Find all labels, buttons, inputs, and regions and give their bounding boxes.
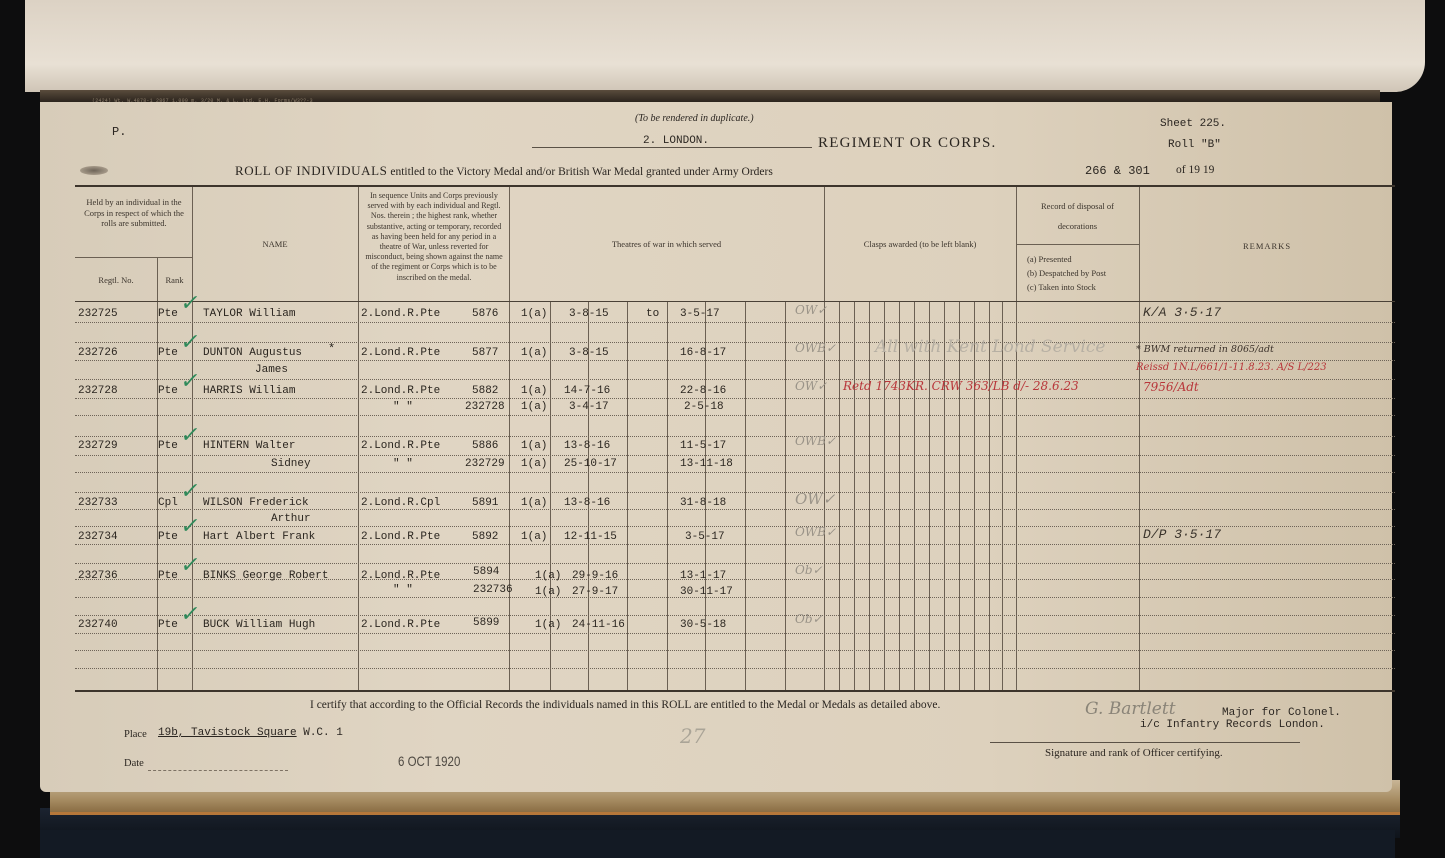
pencil-note: OW✓ bbox=[795, 379, 827, 393]
rank: Pte bbox=[158, 570, 178, 582]
regtl-no: 232729 bbox=[78, 440, 118, 452]
theatre: 1(a) bbox=[521, 308, 547, 320]
regtl-no: 232740 bbox=[78, 619, 118, 631]
unit-number: 5882 bbox=[472, 385, 498, 397]
service-from: 3-8-15 bbox=[569, 347, 609, 359]
green-check-icon: ✓ bbox=[179, 553, 202, 578]
page-mark: P. bbox=[112, 125, 126, 139]
service-to: 11-5-17 bbox=[680, 440, 726, 452]
pencil-note: OWB✓ bbox=[795, 525, 836, 539]
ditto-marks: " " bbox=[393, 401, 413, 413]
theatre: 1(a) bbox=[521, 385, 547, 397]
service-to: 31-8-18 bbox=[680, 497, 726, 509]
pencil-annotation: All with Kent Lond Service bbox=[875, 337, 1105, 357]
header-name: NAME bbox=[192, 239, 358, 250]
green-check-icon: ✓ bbox=[179, 291, 202, 316]
service-to: 3-5-17 bbox=[685, 531, 725, 543]
regtl-no: 232728 bbox=[78, 385, 118, 397]
service-from-2: 25-10-17 bbox=[564, 458, 617, 470]
pencil-note: Ob✓ bbox=[795, 563, 823, 577]
roll-title: ROLL OF INDIVIDUALS entitled to the Vict… bbox=[235, 163, 773, 179]
roll-title-lead: ROLL OF INDIVIDUALS bbox=[235, 163, 387, 178]
service-to-2: 30-11-17 bbox=[680, 586, 733, 598]
theatre-2: 1(a) bbox=[521, 458, 547, 470]
red-ink-remark: 7956/Adt bbox=[1143, 380, 1199, 394]
service-to: 13-1-17 bbox=[680, 570, 726, 582]
regtl-no: 232736 bbox=[78, 570, 118, 582]
unit: 2.Lond.R.Pte bbox=[361, 570, 440, 582]
remarks: D/P 3·5·17 bbox=[1143, 527, 1221, 542]
green-check-icon: ✓ bbox=[179, 602, 202, 627]
date-line bbox=[148, 770, 288, 771]
soldier-name: HARRIS William bbox=[203, 385, 295, 397]
soldier-name-cont: Arthur bbox=[271, 513, 311, 525]
previous-page-curl bbox=[25, 0, 1425, 92]
rank: Pte bbox=[158, 531, 178, 543]
service-from: 13-8-16 bbox=[564, 440, 610, 452]
ditto-marks: " " bbox=[393, 584, 413, 596]
officer-rank-line2: i/c Infantry Records London. bbox=[1140, 719, 1325, 731]
soldier-name: HINTERN Walter bbox=[203, 440, 295, 452]
green-check-icon: ✓ bbox=[179, 514, 202, 539]
regtl-no: 232734 bbox=[78, 531, 118, 543]
service-from: 24-11-16 bbox=[572, 619, 625, 631]
unit: 2.Lond.R.Pte bbox=[361, 308, 440, 320]
red-ink-note: Retd 1743KR. CRW 363/LB d/- 28.6.23 bbox=[843, 379, 1079, 393]
regiment-value: 2. LONDON. bbox=[643, 135, 709, 147]
regiment-label: REGIMENT OR CORPS. bbox=[818, 135, 996, 152]
unit-number: 5877 bbox=[472, 347, 498, 359]
place-value: 19b, Tavistock Square W.C. 1 bbox=[158, 727, 343, 739]
regtl-no: 232733 bbox=[78, 497, 118, 509]
header-rank: Rank bbox=[157, 275, 192, 286]
pencil-note: Ob✓ bbox=[795, 612, 823, 626]
soldier-name: WILSON Frederick bbox=[203, 497, 309, 509]
header-remarks: REMARKS bbox=[1139, 241, 1395, 252]
place-label: Place bbox=[124, 729, 147, 740]
officer-signature: G. Bartlett bbox=[1085, 699, 1176, 719]
green-check-icon: ✓ bbox=[179, 479, 202, 504]
header-theatres: Theatres of war in which served bbox=[509, 239, 824, 250]
roll-letter: Roll "B" bbox=[1168, 139, 1221, 151]
theatre: 1(a) bbox=[521, 440, 547, 452]
rank: Cpl bbox=[158, 497, 178, 509]
place-address: 19b, Tavistock Square bbox=[158, 727, 297, 739]
unit: 2.Lond.R.Cpl bbox=[361, 497, 440, 509]
header-disposal-title2: decorations bbox=[1016, 221, 1139, 232]
officer-rank-line1: Major for Colonel. bbox=[1222, 707, 1341, 719]
service-from: 29-9-16 bbox=[572, 570, 618, 582]
soldier-name-cont: James bbox=[255, 364, 288, 376]
army-orders: 266 & 301 bbox=[1085, 164, 1150, 178]
soldier-name: TAYLOR William bbox=[203, 308, 295, 320]
header-clasps: Clasps awarded (to be left blank) bbox=[824, 239, 1016, 250]
roll-year: of 19 19 bbox=[1176, 164, 1214, 176]
date-stamp: 6 OCT 1920 bbox=[398, 753, 460, 769]
regtl-no: 232725 bbox=[78, 308, 118, 320]
rank: Pte bbox=[158, 619, 178, 631]
soldier-name: BINKS George Robert bbox=[203, 570, 328, 582]
green-check-icon: ✓ bbox=[179, 330, 202, 355]
medal-roll-table: Held by an individual in the Corps in re… bbox=[75, 185, 1395, 692]
header-units: In sequence Units and Corps previously s… bbox=[363, 191, 505, 283]
signature-line bbox=[990, 742, 1300, 743]
header-disposal-b: (b) Despatched by Post bbox=[1027, 268, 1106, 279]
header-held-by: Held by an individual in the Corps in re… bbox=[79, 197, 189, 229]
certification-text: I certify that according to the Official… bbox=[310, 699, 940, 711]
unit: 2.Lond.R.Pte bbox=[361, 619, 440, 631]
remarks: * BWM returned in 8065/adt bbox=[1136, 344, 1274, 355]
unit-number: 5899 bbox=[473, 617, 499, 629]
soldier-name-cont: Sidney bbox=[271, 458, 311, 470]
service-to: 22-8-16 bbox=[680, 385, 726, 397]
service-to-2: 2-5-18 bbox=[684, 401, 724, 413]
service-to: 30-5-18 bbox=[680, 619, 726, 631]
service-from: 3-8-15 bbox=[569, 308, 609, 320]
rank: Pte bbox=[158, 308, 178, 320]
duplicate-note: (To be rendered in duplicate.) bbox=[635, 113, 754, 124]
unit-number: 5891 bbox=[472, 497, 498, 509]
regtl-no: 232726 bbox=[78, 347, 118, 359]
medal-roll-page: P. (To be rendered in duplicate.) 2. LON… bbox=[40, 102, 1392, 792]
unit-number-2: 232736 bbox=[473, 584, 513, 596]
roll-title-rest: entitled to the Victory Medal and/or Bri… bbox=[387, 166, 772, 178]
service-to: 3-5-17 bbox=[680, 308, 720, 320]
sheet-number: Sheet 225. bbox=[1160, 118, 1226, 130]
theatre-2: 1(a) bbox=[535, 586, 561, 598]
pencil-note: OWB✓ bbox=[795, 434, 836, 448]
remarks: K/A 3·5·17 bbox=[1143, 305, 1221, 320]
unit-number-2: 232729 bbox=[465, 458, 505, 470]
theatre: 1(a) bbox=[521, 497, 547, 509]
green-check-icon: ✓ bbox=[179, 423, 202, 448]
red-ink-remark: Reissd 1N.L/661/1-11.8.23. A/S L/223 bbox=[1136, 362, 1327, 373]
service-to: 16-8-17 bbox=[680, 347, 726, 359]
header-disposal-title: Record of disposal of bbox=[1016, 201, 1139, 212]
unit-number: 5886 bbox=[472, 440, 498, 452]
date-label: Date bbox=[124, 758, 144, 769]
rank: Pte bbox=[158, 347, 178, 359]
signature-caption: Signature and rank of Officer certifying… bbox=[1045, 747, 1223, 759]
theatre: 1(a) bbox=[535, 619, 561, 631]
service-from-2: 3-4-17 bbox=[569, 401, 609, 413]
unit: 2.Lond.R.Pte bbox=[361, 440, 440, 452]
theatre: 1(a) bbox=[535, 570, 561, 582]
theatre: 1(a) bbox=[521, 347, 547, 359]
green-check-icon: ✓ bbox=[179, 369, 202, 394]
unit-number: 5876 bbox=[472, 308, 498, 320]
theatre: 1(a) bbox=[521, 531, 547, 543]
pencil-note: OW✓ bbox=[795, 490, 835, 508]
binder-base bbox=[40, 830, 1395, 858]
place-postcode: W.C. 1 bbox=[297, 727, 343, 739]
unit-number: 5892 bbox=[472, 531, 498, 543]
regiment-underline bbox=[532, 147, 812, 148]
service-from-2: 27-9-17 bbox=[572, 586, 618, 598]
service-to-2: 13-11-18 bbox=[680, 458, 733, 470]
unit-number: 5894 bbox=[473, 566, 499, 578]
unit: 2.Lond.R.Pte bbox=[361, 385, 440, 397]
service-from: 14-7-16 bbox=[564, 385, 610, 397]
service-to-word: to bbox=[646, 308, 659, 320]
pencil-note: OWB✓ bbox=[795, 341, 836, 355]
header-regtl-no: Regtl. No. bbox=[75, 275, 157, 286]
service-from: 13-8-16 bbox=[564, 497, 610, 509]
ink-smudge bbox=[80, 166, 108, 175]
unit: 2.Lond.R.Pte bbox=[361, 347, 440, 359]
rank: Pte bbox=[158, 440, 178, 452]
header-disposal-a: (a) Presented bbox=[1027, 254, 1072, 265]
soldier-name: BUCK William Hugh bbox=[203, 619, 315, 631]
unit-number-2: 232728 bbox=[465, 401, 505, 413]
header-disposal-c: (c) Taken into Stock bbox=[1027, 282, 1096, 293]
asterisk-mark: * bbox=[328, 342, 335, 356]
ditto-marks: " " bbox=[393, 458, 413, 470]
soldier-name: Hart Albert Frank bbox=[203, 531, 315, 543]
unit: 2.Lond.R.Pte bbox=[361, 531, 440, 543]
rank: Pte bbox=[158, 385, 178, 397]
theatre-2: 1(a) bbox=[521, 401, 547, 413]
pencil-note: OW✓ bbox=[795, 303, 827, 317]
soldier-name: DUNTON Augustus bbox=[203, 347, 302, 359]
service-from: 12-11-15 bbox=[564, 531, 617, 543]
pencil-number: 27 bbox=[680, 724, 705, 748]
